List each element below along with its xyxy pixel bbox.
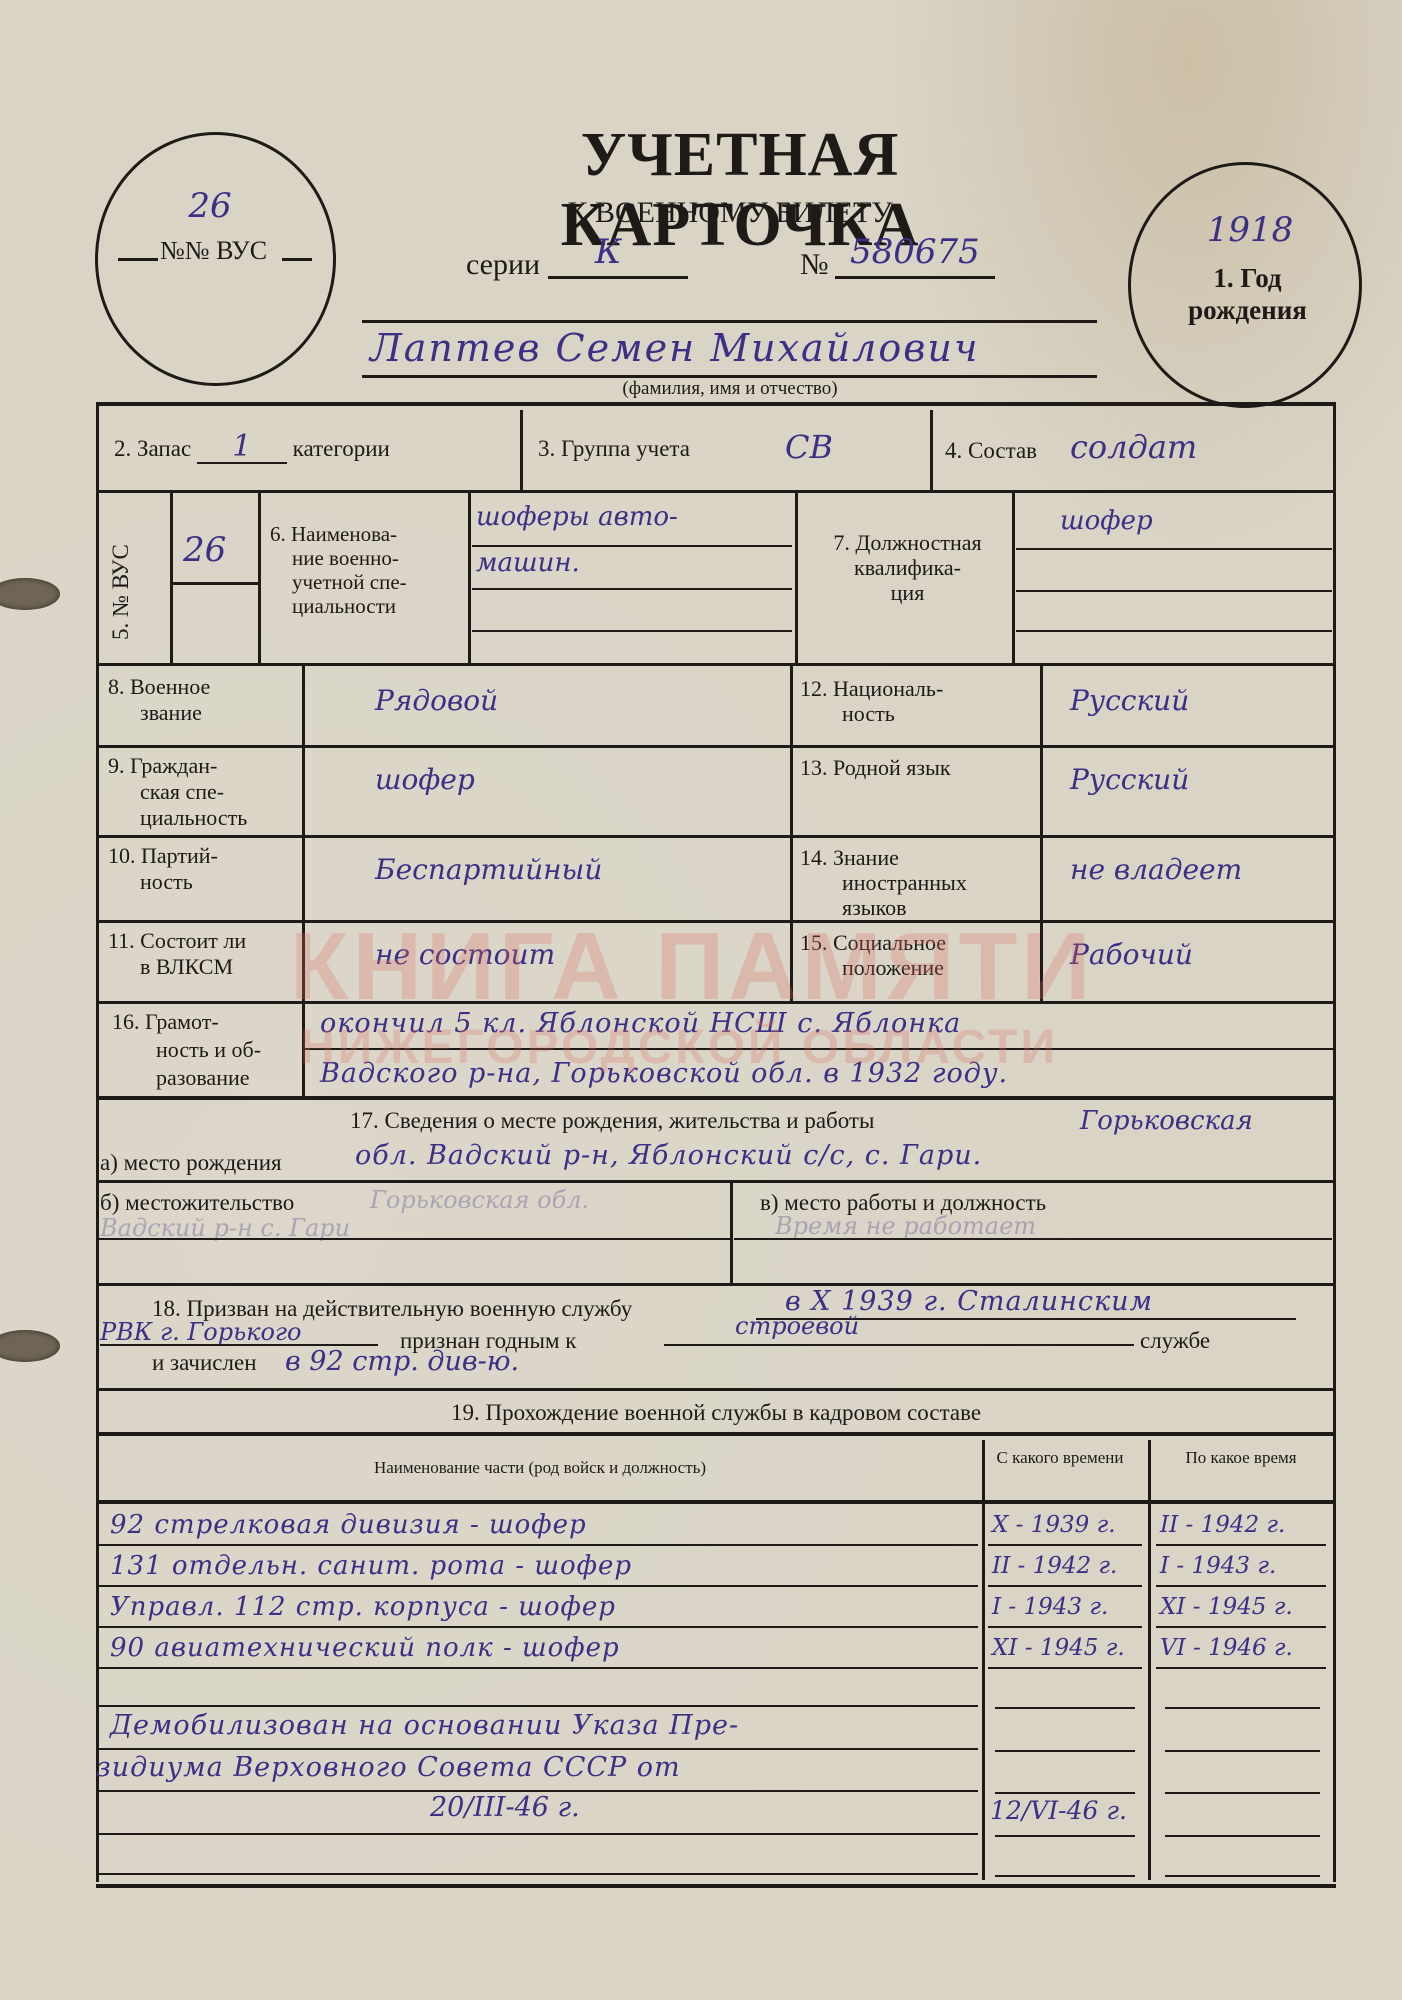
series-value: К (595, 232, 621, 272)
education-value-line2: Вадского р-на, Горьковской обл. в 1932 г… (320, 1058, 1008, 1089)
birth-year-label: 1. Год рождения (1160, 262, 1335, 326)
service-row-to: VI - 1946 г. (1160, 1635, 1293, 1661)
specialty-value-line1: шоферы авто- (476, 502, 678, 532)
birthplace-label: а) место рождения (100, 1150, 282, 1176)
column-header-from: С какого времени (990, 1448, 1130, 1468)
enrolled-value: в 92 стр. див-ю. (285, 1346, 519, 1377)
field-value: Рабочий (1070, 938, 1193, 971)
service-row-unit: 92 стрелковая дивизия - шофер (110, 1510, 587, 1540)
field-value: Русский (1070, 684, 1189, 717)
service-row-from: II - 1942 г. (992, 1553, 1117, 1579)
document-subtitle: К ВОЕННОМУ БИЛЕТУ (520, 196, 940, 230)
reserve-value: 1 (232, 429, 251, 464)
group-label: 3. Группа учета (538, 436, 690, 462)
demob-line2: зидиума Верховного Совета СССР от (96, 1752, 681, 1783)
field-value: Рядовой (375, 684, 498, 717)
section17-heading-value: Горьковская (1080, 1106, 1253, 1136)
vus-value: 26 (183, 530, 226, 570)
vus-label: 5. № ВУС (108, 544, 134, 640)
field-label: 15. Социальноеположение (800, 930, 946, 980)
service-row-unit: 131 отдельн. санит. рота - шофер (110, 1551, 632, 1581)
field-label: 11. Состоит лив ВЛКСМ (108, 928, 246, 980)
service-row-unit: 90 авиатехнический полк - шофер (110, 1633, 620, 1663)
fit-suffix: службе (1140, 1328, 1210, 1354)
section17-heading: 17. Сведения о месте рождения, жительств… (350, 1108, 874, 1134)
field-value: Русский (1070, 763, 1189, 796)
full-name-caption: (фамилия, имя и отчество) (480, 378, 980, 400)
field-label: 8. Военноезвание (108, 674, 210, 726)
reserve-label: 2. Запас 1 категории (114, 434, 390, 464)
group-value: СВ (785, 428, 833, 466)
fit-value: строевой (735, 1312, 859, 1340)
field-value: не владеет (1070, 853, 1242, 886)
demob-date: 12/VI-46 г. (990, 1796, 1127, 1825)
education-label: 16. Грамот- ность и об- разование (112, 1008, 261, 1092)
service-row-from: I - 1943 г. (992, 1594, 1108, 1620)
number-value: 580675 (850, 232, 980, 272)
service-row-to: XI - 1945 г. (1160, 1594, 1293, 1620)
field-label: 13. Родной язык (800, 755, 951, 780)
field-value: не состоит (375, 938, 555, 971)
vus-circle-value: 26 (165, 186, 255, 226)
qualification-value: шофер (1060, 506, 1153, 536)
service-row-from: X - 1939 г. (992, 1512, 1116, 1538)
service-row-to: I - 1943 г. (1160, 1553, 1276, 1579)
demob-line3: 20/III-46 г. (430, 1792, 580, 1823)
demob-line1: Демобилизован на основании Указа Пре- (110, 1710, 739, 1741)
binding-hole-top (0, 578, 60, 610)
birthplace-value: обл. Вадский р-н, Яблонский с/с, с. Гари… (355, 1140, 982, 1171)
number-label: № (800, 248, 829, 282)
work-value: Время не работает (775, 1212, 1036, 1240)
column-header-to: По какое время (1156, 1448, 1326, 1468)
qualification-label: 7. Должностная квалифика- ция (800, 530, 1015, 605)
field-label: 14. Знаниеиностранныхязыков (800, 845, 967, 920)
residence-value: Горьковская обл. Вадский р-н с. Гари (100, 1186, 589, 1242)
service-row-unit: Управл. 112 стр. корпуса - шофер (110, 1592, 616, 1622)
full-name-value: Лаптев Семен Михайлович (370, 326, 979, 370)
field-value: шофер (375, 763, 475, 796)
column-header-unit: Наименование части (род войск и должност… (100, 1458, 980, 1478)
field-label: 9. Граждан-ская спе-циальность (108, 753, 247, 831)
called-value-cont: РВК г. Горького (100, 1318, 302, 1346)
service-row-from: XI - 1945 г. (992, 1635, 1125, 1661)
enrolled-label: и зачислен (152, 1350, 257, 1376)
binding-hole-bottom (0, 1330, 60, 1362)
vus-circle-label: №№ ВУС (160, 236, 267, 266)
field-label: 12. Националь-ность (800, 676, 943, 726)
education-value-line1: окончил 5 кл. Яблонской НСШ с. Яблонка (320, 1008, 961, 1039)
specialty-label: 6. Наименова- ние военно- учетной спе- ц… (270, 522, 407, 618)
section19-heading: 19. Прохождение военной службы в кадрово… (96, 1400, 1336, 1426)
specialty-value-line2: машин. (476, 548, 580, 578)
birth-year-value: 1918 (1190, 210, 1310, 250)
field-value: Беспартийный (375, 853, 602, 886)
series-label: серии (466, 248, 540, 282)
composition-value: солдат (1070, 428, 1197, 466)
service-row-to: II - 1942 г. (1160, 1512, 1285, 1538)
composition-label: 4. Состав (945, 438, 1037, 464)
field-label: 10. Партий-ность (108, 843, 218, 895)
